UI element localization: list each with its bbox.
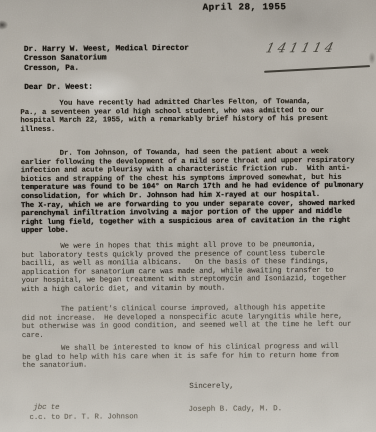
typist-initials: jbc te — [33, 404, 59, 413]
paragraph-2: Dr. Tom Johnson, of Towanda, had seen th… — [21, 148, 374, 236]
letter-line: the sanatorium. — [22, 360, 374, 371]
recipient-city: Cresson, Pa. — [24, 63, 189, 73]
letter-line: with a high caloric diet, and vitamin by… — [22, 284, 374, 295]
paragraph-3: We were in hopes that this might all pro… — [21, 241, 373, 295]
salutation: Dear Dr. Weest: — [24, 84, 93, 93]
paragraph-5: We shall be interested to know of his cl… — [22, 343, 374, 371]
carbon-copy-line: c.c. to Dr. T. R. Johnson — [29, 413, 137, 422]
scanned-letter: April 28, 1955 141114 Dr. Harry W. Weest… — [0, 0, 376, 432]
handwritten-underline — [264, 65, 370, 73]
paragraph-4: The patient's clinical course improved, … — [22, 304, 374, 341]
paragraph-1: You have recently had admitted Charles F… — [20, 98, 372, 135]
handwritten-case-number: 141114 — [264, 41, 338, 57]
signature-name: Joseph B. Cady, M. D. — [188, 405, 282, 414]
letter-date: April 28, 1955 — [203, 1, 287, 13]
closing-salutation: Sincerely, — [189, 383, 234, 392]
recipient-address-block: Dr. Harry W. Weest, Medical Director Cre… — [24, 45, 189, 74]
